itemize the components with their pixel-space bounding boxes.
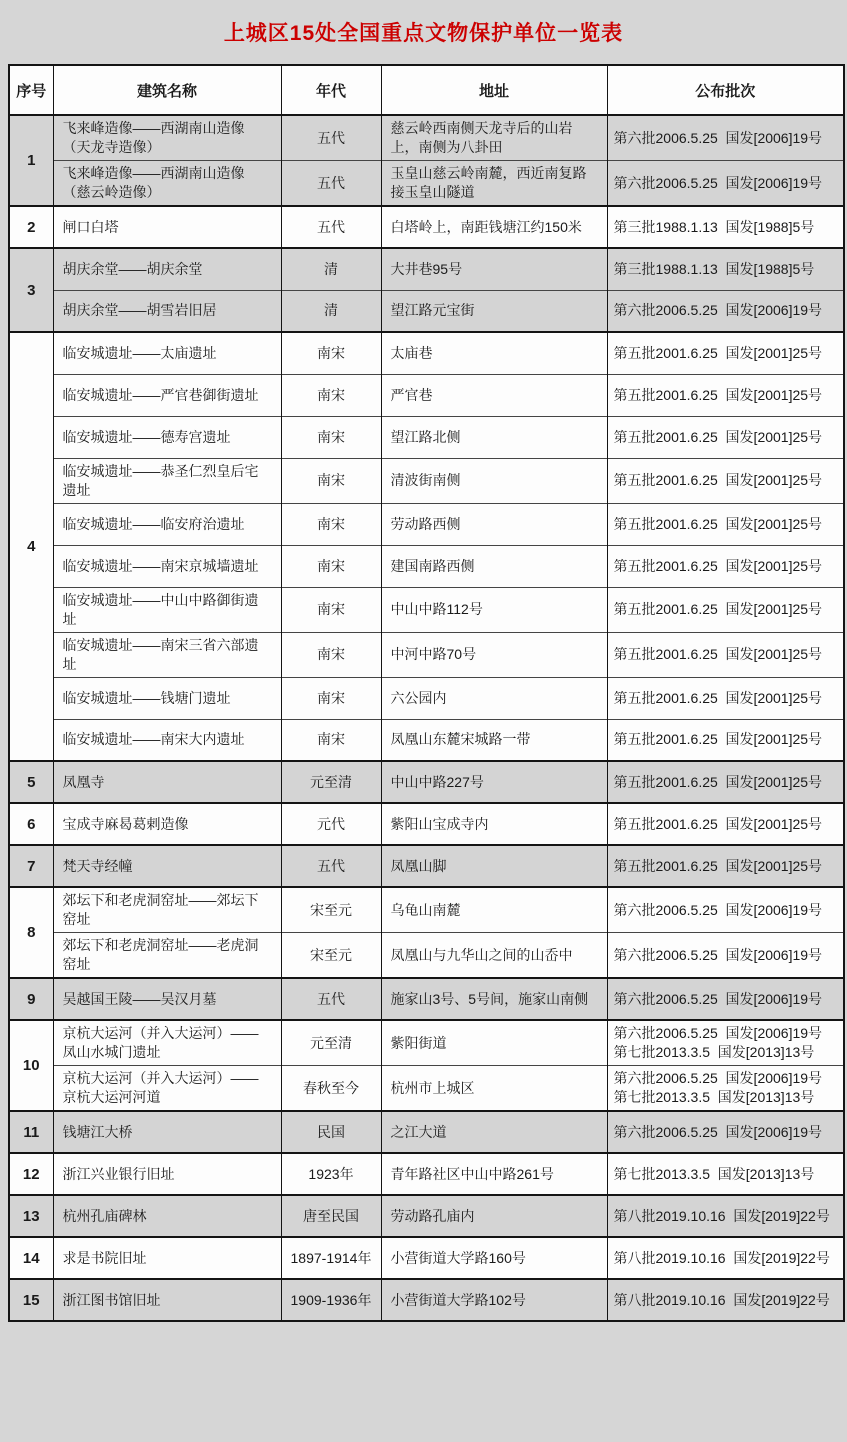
- cell-building-name: 郊坛下和老虎洞窑址——老虎洞窑址: [53, 933, 281, 979]
- cell-address: 凤凰山东麓宋城路一带: [381, 719, 607, 761]
- cell-batch: 第五批2001.6.25 国发[2001]25号: [607, 761, 844, 803]
- cell-building-name: 临安城遗址——恭圣仁烈皇后宅遗址: [53, 458, 281, 503]
- cell-era: 五代: [281, 845, 381, 887]
- cell-era: 元至清: [281, 1020, 381, 1066]
- table-row: 临安城遗址——钱塘门遗址南宋六公园内第五批2001.6.25 国发[2001]2…: [9, 677, 844, 719]
- table-row: 2闸口白塔五代白塔岭上，南距钱塘江约150米第三批1988.1.13 国发[19…: [9, 206, 844, 248]
- cell-era: 1923年: [281, 1153, 381, 1195]
- cell-era: 南宋: [281, 374, 381, 416]
- table-row: 临安城遗址——德寿宫遗址南宋望江路北侧第五批2001.6.25 国发[2001]…: [9, 416, 844, 458]
- row-number: 13: [9, 1195, 53, 1237]
- row-number: 10: [9, 1020, 53, 1111]
- cell-address: 六公园内: [381, 677, 607, 719]
- cell-batch: 第五批2001.6.25 国发[2001]25号: [607, 416, 844, 458]
- cell-era: 唐至民国: [281, 1195, 381, 1237]
- row-number: 14: [9, 1237, 53, 1279]
- cell-address: 慈云岭西南侧天龙寺后的山岩上，南侧为八卦田: [381, 115, 607, 161]
- cell-address: 紫阳山宝成寺内: [381, 803, 607, 845]
- cell-batch: 第五批2001.6.25 国发[2001]25号: [607, 719, 844, 761]
- cell-building-name: 飞来峰造像——西湖南山造像（天龙寺造像）: [53, 115, 281, 161]
- cell-address: 建国南路西侧: [381, 545, 607, 587]
- cell-address: 太庙巷: [381, 332, 607, 374]
- cell-building-name: 临安城遗址——南宋大内遗址: [53, 719, 281, 761]
- cell-address: 劳动路孔庙内: [381, 1195, 607, 1237]
- cell-batch: 第五批2001.6.25 国发[2001]25号: [607, 458, 844, 503]
- cell-batch: 第六批2006.5.25 国发[2006]19号: [607, 978, 844, 1020]
- cell-building-name: 临安城遗址——南宋京城墙遗址: [53, 545, 281, 587]
- cell-address: 严官巷: [381, 374, 607, 416]
- title-band: 上城区15处全国重点文物保护单位一览表: [0, 0, 847, 64]
- cell-era: 春秋至今: [281, 1066, 381, 1112]
- table-row: 临安城遗址——严官巷御街遗址南宋严官巷第五批2001.6.25 国发[2001]…: [9, 374, 844, 416]
- table-row: 13杭州孔庙碑林唐至民国劳动路孔庙内第八批2019.10.16 国发[2019]…: [9, 1195, 844, 1237]
- table-row: 临安城遗址——南宋三省六部遗址南宋中河中路70号第五批2001.6.25 国发[…: [9, 632, 844, 677]
- cell-building-name: 京杭大运河（并入大运河）——凤山水城门遗址: [53, 1020, 281, 1066]
- cell-building-name: 临安城遗址——临安府治遗址: [53, 503, 281, 545]
- row-number: 11: [9, 1111, 53, 1153]
- cell-building-name: 吴越国王陵——吴汉月墓: [53, 978, 281, 1020]
- table-row: 京杭大运河（并入大运河）——京杭大运河河道春秋至今杭州市上城区第六批2006.5…: [9, 1066, 844, 1112]
- cell-batch: 第五批2001.6.25 国发[2001]25号: [607, 374, 844, 416]
- cell-era: 五代: [281, 206, 381, 248]
- row-number: 7: [9, 845, 53, 887]
- table-row: 临安城遗址——南宋京城墙遗址南宋建国南路西侧第五批2001.6.25 国发[20…: [9, 545, 844, 587]
- row-number: 2: [9, 206, 53, 248]
- cell-batch: 第六批2006.5.25 国发[2006]19号: [607, 933, 844, 979]
- cell-batch: 第六批2006.5.25 国发[2006]19号: [607, 115, 844, 161]
- table-row: 临安城遗址——南宋大内遗址南宋凤凰山东麓宋城路一带第五批2001.6.25 国发…: [9, 719, 844, 761]
- cell-batch: 第六批2006.5.25 国发[2006]19号 第七批2013.3.5 国发[…: [607, 1066, 844, 1112]
- table-row: 7梵天寺经幢五代凤凰山脚第五批2001.6.25 国发[2001]25号: [9, 845, 844, 887]
- table-row: 8郊坛下和老虎洞窑址——郊坛下窑址宋至元乌龟山南麓第六批2006.5.25 国发…: [9, 887, 844, 933]
- cell-era: 宋至元: [281, 933, 381, 979]
- cell-address: 大井巷95号: [381, 248, 607, 290]
- cell-address: 小营街道大学路102号: [381, 1279, 607, 1321]
- cell-address: 劳动路西侧: [381, 503, 607, 545]
- cell-batch: 第五批2001.6.25 国发[2001]25号: [607, 845, 844, 887]
- cell-building-name: 飞来峰造像——西湖南山造像（慈云岭造像）: [53, 161, 281, 207]
- header-era: 年代: [281, 65, 381, 115]
- cell-batch: 第八批2019.10.16 国发[2019]22号: [607, 1279, 844, 1321]
- cell-building-name: 求是书院旧址: [53, 1237, 281, 1279]
- cell-batch: 第五批2001.6.25 国发[2001]25号: [607, 803, 844, 845]
- row-number: 8: [9, 887, 53, 978]
- relics-table: 序号 建筑名称 年代 地址 公布批次 1飞来峰造像——西湖南山造像（天龙寺造像）…: [8, 64, 845, 1322]
- header-row: 序号 建筑名称 年代 地址 公布批次: [9, 65, 844, 115]
- cell-address: 之江大道: [381, 1111, 607, 1153]
- cell-era: 南宋: [281, 503, 381, 545]
- cell-batch: 第六批2006.5.25 国发[2006]19号: [607, 1111, 844, 1153]
- cell-address: 凤凰山脚: [381, 845, 607, 887]
- cell-batch: 第八批2019.10.16 国发[2019]22号: [607, 1195, 844, 1237]
- cell-era: 清: [281, 248, 381, 290]
- cell-batch: 第三批1988.1.13 国发[1988]5号: [607, 248, 844, 290]
- cell-address: 凤凰山与九华山之间的山岙中: [381, 933, 607, 979]
- row-number: 5: [9, 761, 53, 803]
- table-header: 序号 建筑名称 年代 地址 公布批次: [9, 65, 844, 115]
- cell-batch: 第八批2019.10.16 国发[2019]22号: [607, 1237, 844, 1279]
- cell-address: 中山中路112号: [381, 587, 607, 632]
- cell-building-name: 钱塘江大桥: [53, 1111, 281, 1153]
- cell-address: 白塔岭上，南距钱塘江约150米: [381, 206, 607, 248]
- cell-address: 清波街南侧: [381, 458, 607, 503]
- header-name: 建筑名称: [53, 65, 281, 115]
- table-body: 1飞来峰造像——西湖南山造像（天龙寺造像）五代慈云岭西南侧天龙寺后的山岩上，南侧…: [9, 115, 844, 1321]
- cell-era: 清: [281, 290, 381, 332]
- cell-batch: 第七批2013.3.5 国发[2013]13号: [607, 1153, 844, 1195]
- cell-building-name: 胡庆余堂——胡庆余堂: [53, 248, 281, 290]
- cell-era: 南宋: [281, 677, 381, 719]
- cell-era: 1897-1914年: [281, 1237, 381, 1279]
- cell-batch: 第六批2006.5.25 国发[2006]19号: [607, 887, 844, 933]
- table-row: 12浙江兴业银行旧址1923年青年路社区中山中路261号第七批2013.3.5 …: [9, 1153, 844, 1195]
- cell-address: 望江路元宝街: [381, 290, 607, 332]
- row-number: 15: [9, 1279, 53, 1321]
- table-row: 15浙江图书馆旧址1909-1936年小营街道大学路102号第八批2019.10…: [9, 1279, 844, 1321]
- cell-era: 南宋: [281, 545, 381, 587]
- cell-address: 望江路北侧: [381, 416, 607, 458]
- header-no: 序号: [9, 65, 53, 115]
- row-number: 12: [9, 1153, 53, 1195]
- cell-address: 小营街道大学路160号: [381, 1237, 607, 1279]
- table-row: 3胡庆余堂——胡庆余堂清大井巷95号第三批1988.1.13 国发[1988]5…: [9, 248, 844, 290]
- cell-era: 南宋: [281, 332, 381, 374]
- table-row: 飞来峰造像——西湖南山造像（慈云岭造像）五代玉皇山慈云岭南麓，西近南复路接玉皇山…: [9, 161, 844, 207]
- cell-era: 南宋: [281, 632, 381, 677]
- cell-era: 南宋: [281, 719, 381, 761]
- cell-era: 南宋: [281, 416, 381, 458]
- cell-address: 紫阳街道: [381, 1020, 607, 1066]
- table-row: 胡庆余堂——胡雪岩旧居清望江路元宝街第六批2006.5.25 国发[2006]1…: [9, 290, 844, 332]
- cell-building-name: 凤凰寺: [53, 761, 281, 803]
- cell-batch: 第五批2001.6.25 国发[2001]25号: [607, 332, 844, 374]
- cell-batch: 第五批2001.6.25 国发[2001]25号: [607, 503, 844, 545]
- table-row: 10京杭大运河（并入大运河）——凤山水城门遗址元至清紫阳街道第六批2006.5.…: [9, 1020, 844, 1066]
- table-row: 11钱塘江大桥民国之江大道第六批2006.5.25 国发[2006]19号: [9, 1111, 844, 1153]
- table-row: 临安城遗址——临安府治遗址南宋劳动路西侧第五批2001.6.25 国发[2001…: [9, 503, 844, 545]
- cell-batch: 第六批2006.5.25 国发[2006]19号: [607, 290, 844, 332]
- cell-address: 青年路社区中山中路261号: [381, 1153, 607, 1195]
- cell-building-name: 浙江图书馆旧址: [53, 1279, 281, 1321]
- cell-batch: 第五批2001.6.25 国发[2001]25号: [607, 632, 844, 677]
- row-number: 4: [9, 332, 53, 761]
- table-row: 6宝成寺麻曷葛剌造像元代紫阳山宝成寺内第五批2001.6.25 国发[2001]…: [9, 803, 844, 845]
- table-row: 临安城遗址——恭圣仁烈皇后宅遗址南宋清波街南侧第五批2001.6.25 国发[2…: [9, 458, 844, 503]
- cell-era: 宋至元: [281, 887, 381, 933]
- table-row: 14求是书院旧址1897-1914年小营街道大学路160号第八批2019.10.…: [9, 1237, 844, 1279]
- row-number: 6: [9, 803, 53, 845]
- cell-era: 元至清: [281, 761, 381, 803]
- table-row: 1飞来峰造像——西湖南山造像（天龙寺造像）五代慈云岭西南侧天龙寺后的山岩上，南侧…: [9, 115, 844, 161]
- cell-address: 玉皇山慈云岭南麓，西近南复路接玉皇山隧道: [381, 161, 607, 207]
- cell-batch: 第五批2001.6.25 国发[2001]25号: [607, 677, 844, 719]
- cell-building-name: 梵天寺经幢: [53, 845, 281, 887]
- cell-address: 杭州市上城区: [381, 1066, 607, 1112]
- cell-building-name: 宝成寺麻曷葛剌造像: [53, 803, 281, 845]
- cell-era: 五代: [281, 978, 381, 1020]
- cell-building-name: 临安城遗址——德寿宫遗址: [53, 416, 281, 458]
- cell-address: 乌龟山南麓: [381, 887, 607, 933]
- cell-address: 施家山3号、5号间，施家山南侧: [381, 978, 607, 1020]
- cell-building-name: 郊坛下和老虎洞窑址——郊坛下窑址: [53, 887, 281, 933]
- cell-building-name: 临安城遗址——太庙遗址: [53, 332, 281, 374]
- table-row: 临安城遗址——中山中路御街遗址南宋中山中路112号第五批2001.6.25 国发…: [9, 587, 844, 632]
- row-number: 3: [9, 248, 53, 332]
- row-number: 1: [9, 115, 53, 206]
- cell-address: 中山中路227号: [381, 761, 607, 803]
- cell-building-name: 京杭大运河（并入大运河）——京杭大运河河道: [53, 1066, 281, 1112]
- cell-address: 中河中路70号: [381, 632, 607, 677]
- cell-era: 元代: [281, 803, 381, 845]
- cell-building-name: 临安城遗址——中山中路御街遗址: [53, 587, 281, 632]
- cell-building-name: 杭州孔庙碑林: [53, 1195, 281, 1237]
- page-title: 上城区15处全国重点文物保护单位一览表: [224, 17, 623, 47]
- cell-batch: 第五批2001.6.25 国发[2001]25号: [607, 545, 844, 587]
- cell-era: 五代: [281, 115, 381, 161]
- cell-era: 1909-1936年: [281, 1279, 381, 1321]
- table-row: 5凤凰寺元至清中山中路227号第五批2001.6.25 国发[2001]25号: [9, 761, 844, 803]
- row-number: 9: [9, 978, 53, 1020]
- cell-building-name: 临安城遗址——南宋三省六部遗址: [53, 632, 281, 677]
- cell-building-name: 临安城遗址——严官巷御街遗址: [53, 374, 281, 416]
- table-row: 4临安城遗址——太庙遗址南宋太庙巷第五批2001.6.25 国发[2001]25…: [9, 332, 844, 374]
- cell-batch: 第六批2006.5.25 国发[2006]19号: [607, 161, 844, 207]
- cell-era: 南宋: [281, 587, 381, 632]
- cell-era: 民国: [281, 1111, 381, 1153]
- cell-building-name: 临安城遗址——钱塘门遗址: [53, 677, 281, 719]
- table-row: 9吴越国王陵——吴汉月墓五代施家山3号、5号间，施家山南侧第六批2006.5.2…: [9, 978, 844, 1020]
- cell-batch: 第五批2001.6.25 国发[2001]25号: [607, 587, 844, 632]
- header-address: 地址: [381, 65, 607, 115]
- cell-building-name: 胡庆余堂——胡雪岩旧居: [53, 290, 281, 332]
- cell-era: 南宋: [281, 458, 381, 503]
- cell-era: 五代: [281, 161, 381, 207]
- header-batch: 公布批次: [607, 65, 844, 115]
- cell-batch: 第六批2006.5.25 国发[2006]19号 第七批2013.3.5 国发[…: [607, 1020, 844, 1066]
- cell-batch: 第三批1988.1.13 国发[1988]5号: [607, 206, 844, 248]
- table-row: 郊坛下和老虎洞窑址——老虎洞窑址宋至元凤凰山与九华山之间的山岙中第六批2006.…: [9, 933, 844, 979]
- cell-building-name: 浙江兴业银行旧址: [53, 1153, 281, 1195]
- cell-building-name: 闸口白塔: [53, 206, 281, 248]
